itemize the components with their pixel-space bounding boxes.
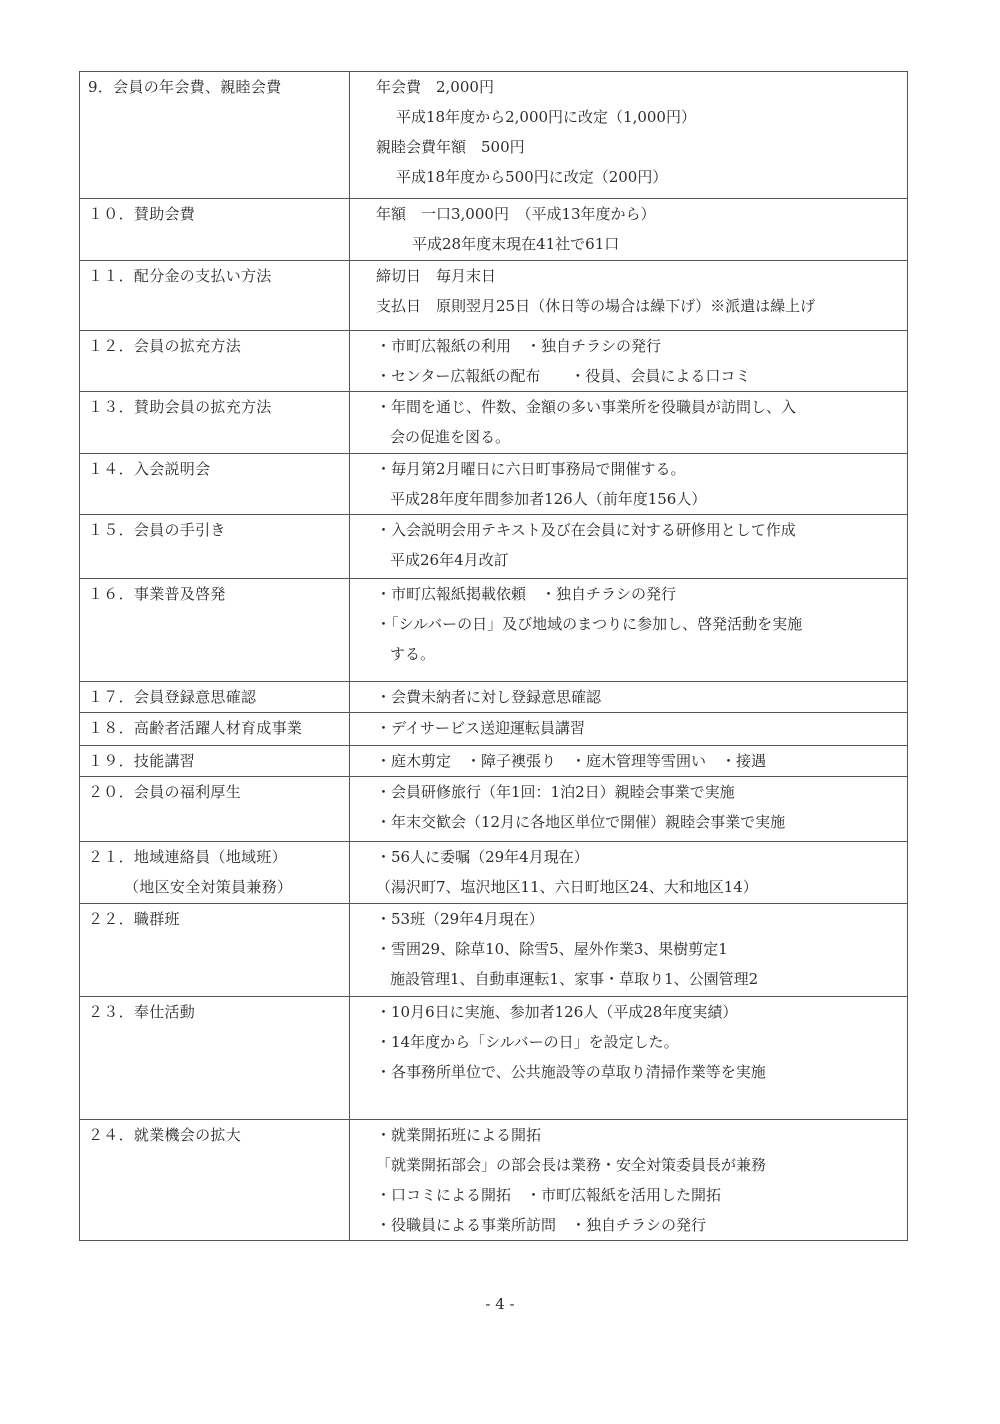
- content-line: 平成28年度末現在41社で61口: [376, 229, 907, 259]
- table-row: ２３．奉仕活動・10月6日に実施、参加者126人（平成28年度実績）・14年度か…: [80, 997, 908, 1120]
- content-line: 「就業開拓部会」の部会長は業務・安全対策委員長が兼務: [376, 1150, 907, 1180]
- content-line: ・会員研修旅行（年1回：1泊2日）親睦会事業で実施: [376, 777, 907, 807]
- row-content-cell: ・デイサービス送迎運転員講習: [350, 713, 908, 746]
- content-line: ・会費未納者に対し登録意思確認: [376, 682, 907, 712]
- row-label-cell: １６．事業普及啓発: [80, 579, 350, 682]
- row-label-cell: ２０．会員の福利厚生: [80, 777, 350, 842]
- content-line: ・デイサービス送迎運転員講習: [376, 713, 907, 743]
- document-page: 9．会員の年会費、親睦会費年会費 2,000円平成18年度から2,000円に改定…: [0, 0, 1000, 1424]
- content-line: 年会費 2,000円: [376, 72, 907, 102]
- row-label: １９．技能講習: [88, 746, 349, 776]
- row-label-cell: １３．賛助会員の拡充方法: [80, 392, 350, 454]
- content-line: ・56人に委嘱（29年4月現在）: [376, 842, 907, 872]
- table-row: ２１．地域連絡員（地域班）（地区安全対策員兼務）・56人に委嘱（29年4月現在）…: [80, 842, 908, 904]
- content-line: ・口コミによる開拓 ・市町広報紙を活用した開拓: [376, 1180, 907, 1210]
- row-label: １４．入会説明会: [88, 454, 349, 484]
- content-line: ・各事務所単位で、公共施設等の草取り清掃作業等を実施: [376, 1057, 907, 1087]
- table-row: １２．会員の拡充方法・市町広報紙の利用 ・独自チラシの発行・センター広報紙の配布…: [80, 331, 908, 392]
- table-row: １１．配分金の支払い方法締切日 毎月末日支払日 原則翌月25日（休日等の場合は繰…: [80, 261, 908, 331]
- info-table: 9．会員の年会費、親睦会費年会費 2,000円平成18年度から2,000円に改定…: [79, 71, 908, 1241]
- row-label-cell: １４．入会説明会: [80, 454, 350, 515]
- content-line: ・雪囲29、除草10、除雪5、屋外作業3、果樹剪定1: [376, 934, 907, 964]
- content-line: 施設管理1、自動車運転1、家事・草取り1、公園管理2: [376, 964, 907, 994]
- content-line: ・就業開拓班による開拓: [376, 1120, 907, 1150]
- content-line: ・役職員による事業所訪問 ・独自チラシの発行: [376, 1210, 907, 1240]
- row-content-cell: ・10月6日に実施、参加者126人（平成28年度実績）・14年度から「シルバーの…: [350, 997, 908, 1120]
- table-row: 9．会員の年会費、親睦会費年会費 2,000円平成18年度から2,000円に改定…: [80, 72, 908, 199]
- row-content-cell: ・53班（29年4月現在）・雪囲29、除草10、除雪5、屋外作業3、果樹剪定1施…: [350, 904, 908, 997]
- content-line: ・14年度から「シルバーの日」を設定した。: [376, 1027, 907, 1057]
- table-row: １６．事業普及啓発・市町広報紙掲載依頼 ・独自チラシの発行・「シルバーの日」及び…: [80, 579, 908, 682]
- row-label: １５．会員の手引き: [88, 515, 349, 545]
- content-line: ・毎月第2月曜日に六日町事務局で開催する。: [376, 454, 907, 484]
- table-row: １３．賛助会員の拡充方法・年間を通じ、件数、金額の多い事業所を役職員が訪問し、入…: [80, 392, 908, 454]
- table-row: １５．会員の手引き・入会説明会用テキスト及び在会員に対する研修用として作成平成2…: [80, 515, 908, 579]
- content-line: 年額 一口3,000円 （平成13年度から）: [376, 199, 907, 229]
- row-content-cell: 年会費 2,000円平成18年度から2,000円に改定（1,000円）親睦会費年…: [350, 72, 908, 199]
- row-content-cell: ・毎月第2月曜日に六日町事務局で開催する。平成28年度年間参加者126人（前年度…: [350, 454, 908, 515]
- row-label: １７．会員登録意思確認: [88, 682, 349, 712]
- content-line: 平成28年度年間参加者126人（前年度156人）: [376, 484, 907, 514]
- row-label: １１．配分金の支払い方法: [88, 261, 349, 291]
- row-content-cell: ・市町広報紙の利用 ・独自チラシの発行・センター広報紙の配布 ・役員、会員による…: [350, 331, 908, 392]
- content-line: 支払日 原則翌月25日（休日等の場合は繰下げ）※派遣は繰上げ: [376, 291, 907, 321]
- row-label: ２０．会員の福利厚生: [88, 777, 349, 807]
- row-content-cell: ・市町広報紙掲載依頼 ・独自チラシの発行・「シルバーの日」及び地域のまつりに参加…: [350, 579, 908, 682]
- row-label-cell: １９．技能講習: [80, 746, 350, 777]
- row-label-cell: １２．会員の拡充方法: [80, 331, 350, 392]
- content-line: する。: [376, 639, 907, 669]
- content-line: 平成18年度から500円に改定（200円）: [376, 162, 907, 192]
- content-line: ・年末交歓会（12月に各地区単位で開催）親睦会事業で実施: [376, 807, 907, 837]
- row-label-cell: ２１．地域連絡員（地域班）（地区安全対策員兼務）: [80, 842, 350, 904]
- table-row: １９．技能講習・庭木剪定 ・障子襖張り ・庭木管理等雪囲い ・接遇: [80, 746, 908, 777]
- content-line: 平成18年度から2,000円に改定（1,000円）: [376, 102, 907, 132]
- content-line: ・10月6日に実施、参加者126人（平成28年度実績）: [376, 997, 907, 1027]
- row-content-cell: ・入会説明会用テキスト及び在会員に対する研修用として作成平成26年4月改訂: [350, 515, 908, 579]
- table-row: ２２．職群班・53班（29年4月現在）・雪囲29、除草10、除雪5、屋外作業3、…: [80, 904, 908, 997]
- table-row: １０．賛助会費年額 一口3,000円 （平成13年度から）平成28年度末現在41…: [80, 199, 908, 261]
- content-line: 親睦会費年額 500円: [376, 132, 907, 162]
- row-label: ２３．奉仕活動: [88, 997, 349, 1027]
- row-label: １３．賛助会員の拡充方法: [88, 392, 349, 422]
- row-content-cell: ・年間を通じ、件数、金額の多い事業所を役職員が訪問し、入会の促進を図る。: [350, 392, 908, 454]
- row-content-cell: ・会員研修旅行（年1回：1泊2日）親睦会事業で実施・年末交歓会（12月に各地区単…: [350, 777, 908, 842]
- table-row: ２０．会員の福利厚生・会員研修旅行（年1回：1泊2日）親睦会事業で実施・年末交歓…: [80, 777, 908, 842]
- table-row: ２４．就業機会の拡大・就業開拓班による開拓「就業開拓部会」の部会長は業務・安全対…: [80, 1120, 908, 1241]
- row-label-cell: ２４．就業機会の拡大: [80, 1120, 350, 1241]
- row-label: １２．会員の拡充方法: [88, 331, 349, 361]
- row-label-cell: １８．高齢者活躍人材育成事業: [80, 713, 350, 746]
- content-line: ・市町広報紙の利用 ・独自チラシの発行: [376, 331, 907, 361]
- content-line: ・センター広報紙の配布 ・役員、会員による口コミ: [376, 361, 907, 391]
- row-content-cell: ・就業開拓班による開拓「就業開拓部会」の部会長は業務・安全対策委員長が兼務・口コ…: [350, 1120, 908, 1241]
- row-content-cell: ・会費未納者に対し登録意思確認: [350, 682, 908, 713]
- row-label-cell: 9．会員の年会費、親睦会費: [80, 72, 350, 199]
- page-number: - 4 -: [0, 1295, 1000, 1313]
- content-line: 会の促進を図る。: [376, 422, 907, 452]
- row-label: （地区安全対策員兼務）: [88, 872, 349, 902]
- content-line: ・入会説明会用テキスト及び在会員に対する研修用として作成: [376, 515, 907, 545]
- row-label: 9．会員の年会費、親睦会費: [88, 72, 349, 102]
- row-label: ２２．職群班: [88, 904, 349, 934]
- table-row: １８．高齢者活躍人材育成事業・デイサービス送迎運転員講習: [80, 713, 908, 746]
- table-row: １７．会員登録意思確認・会費未納者に対し登録意思確認: [80, 682, 908, 713]
- row-content-cell: 年額 一口3,000円 （平成13年度から）平成28年度末現在41社で61口: [350, 199, 908, 261]
- row-label-cell: １７．会員登録意思確認: [80, 682, 350, 713]
- row-label-cell: １０．賛助会費: [80, 199, 350, 261]
- table-row: １４．入会説明会・毎月第2月曜日に六日町事務局で開催する。平成28年度年間参加者…: [80, 454, 908, 515]
- row-content-cell: ・56人に委嘱（29年4月現在）（湯沢町7、塩沢地区11、六日町地区24、大和地…: [350, 842, 908, 904]
- row-label: １６．事業普及啓発: [88, 579, 349, 609]
- row-label: ２１．地域連絡員（地域班）: [88, 842, 349, 872]
- row-label-cell: １５．会員の手引き: [80, 515, 350, 579]
- content-line: （湯沢町7、塩沢地区11、六日町地区24、大和地区14）: [376, 872, 907, 902]
- content-line: ・年間を通じ、件数、金額の多い事業所を役職員が訪問し、入: [376, 392, 907, 422]
- row-content-cell: ・庭木剪定 ・障子襖張り ・庭木管理等雪囲い ・接遇: [350, 746, 908, 777]
- content-line: 締切日 毎月末日: [376, 261, 907, 291]
- row-label: ２４．就業機会の拡大: [88, 1120, 349, 1150]
- row-label: １８．高齢者活躍人材育成事業: [88, 713, 349, 743]
- content-line: ・「シルバーの日」及び地域のまつりに参加し、啓発活動を実施: [376, 609, 907, 639]
- row-label: １０．賛助会費: [88, 199, 349, 229]
- content-line: 平成26年4月改訂: [376, 545, 907, 575]
- row-label-cell: ２２．職群班: [80, 904, 350, 997]
- row-content-cell: 締切日 毎月末日支払日 原則翌月25日（休日等の場合は繰下げ）※派遣は繰上げ: [350, 261, 908, 331]
- row-label-cell: １１．配分金の支払い方法: [80, 261, 350, 331]
- row-label-cell: ２３．奉仕活動: [80, 997, 350, 1120]
- content-line: ・市町広報紙掲載依頼 ・独自チラシの発行: [376, 579, 907, 609]
- content-line: ・53班（29年4月現在）: [376, 904, 907, 934]
- content-line: ・庭木剪定 ・障子襖張り ・庭木管理等雪囲い ・接遇: [376, 746, 907, 776]
